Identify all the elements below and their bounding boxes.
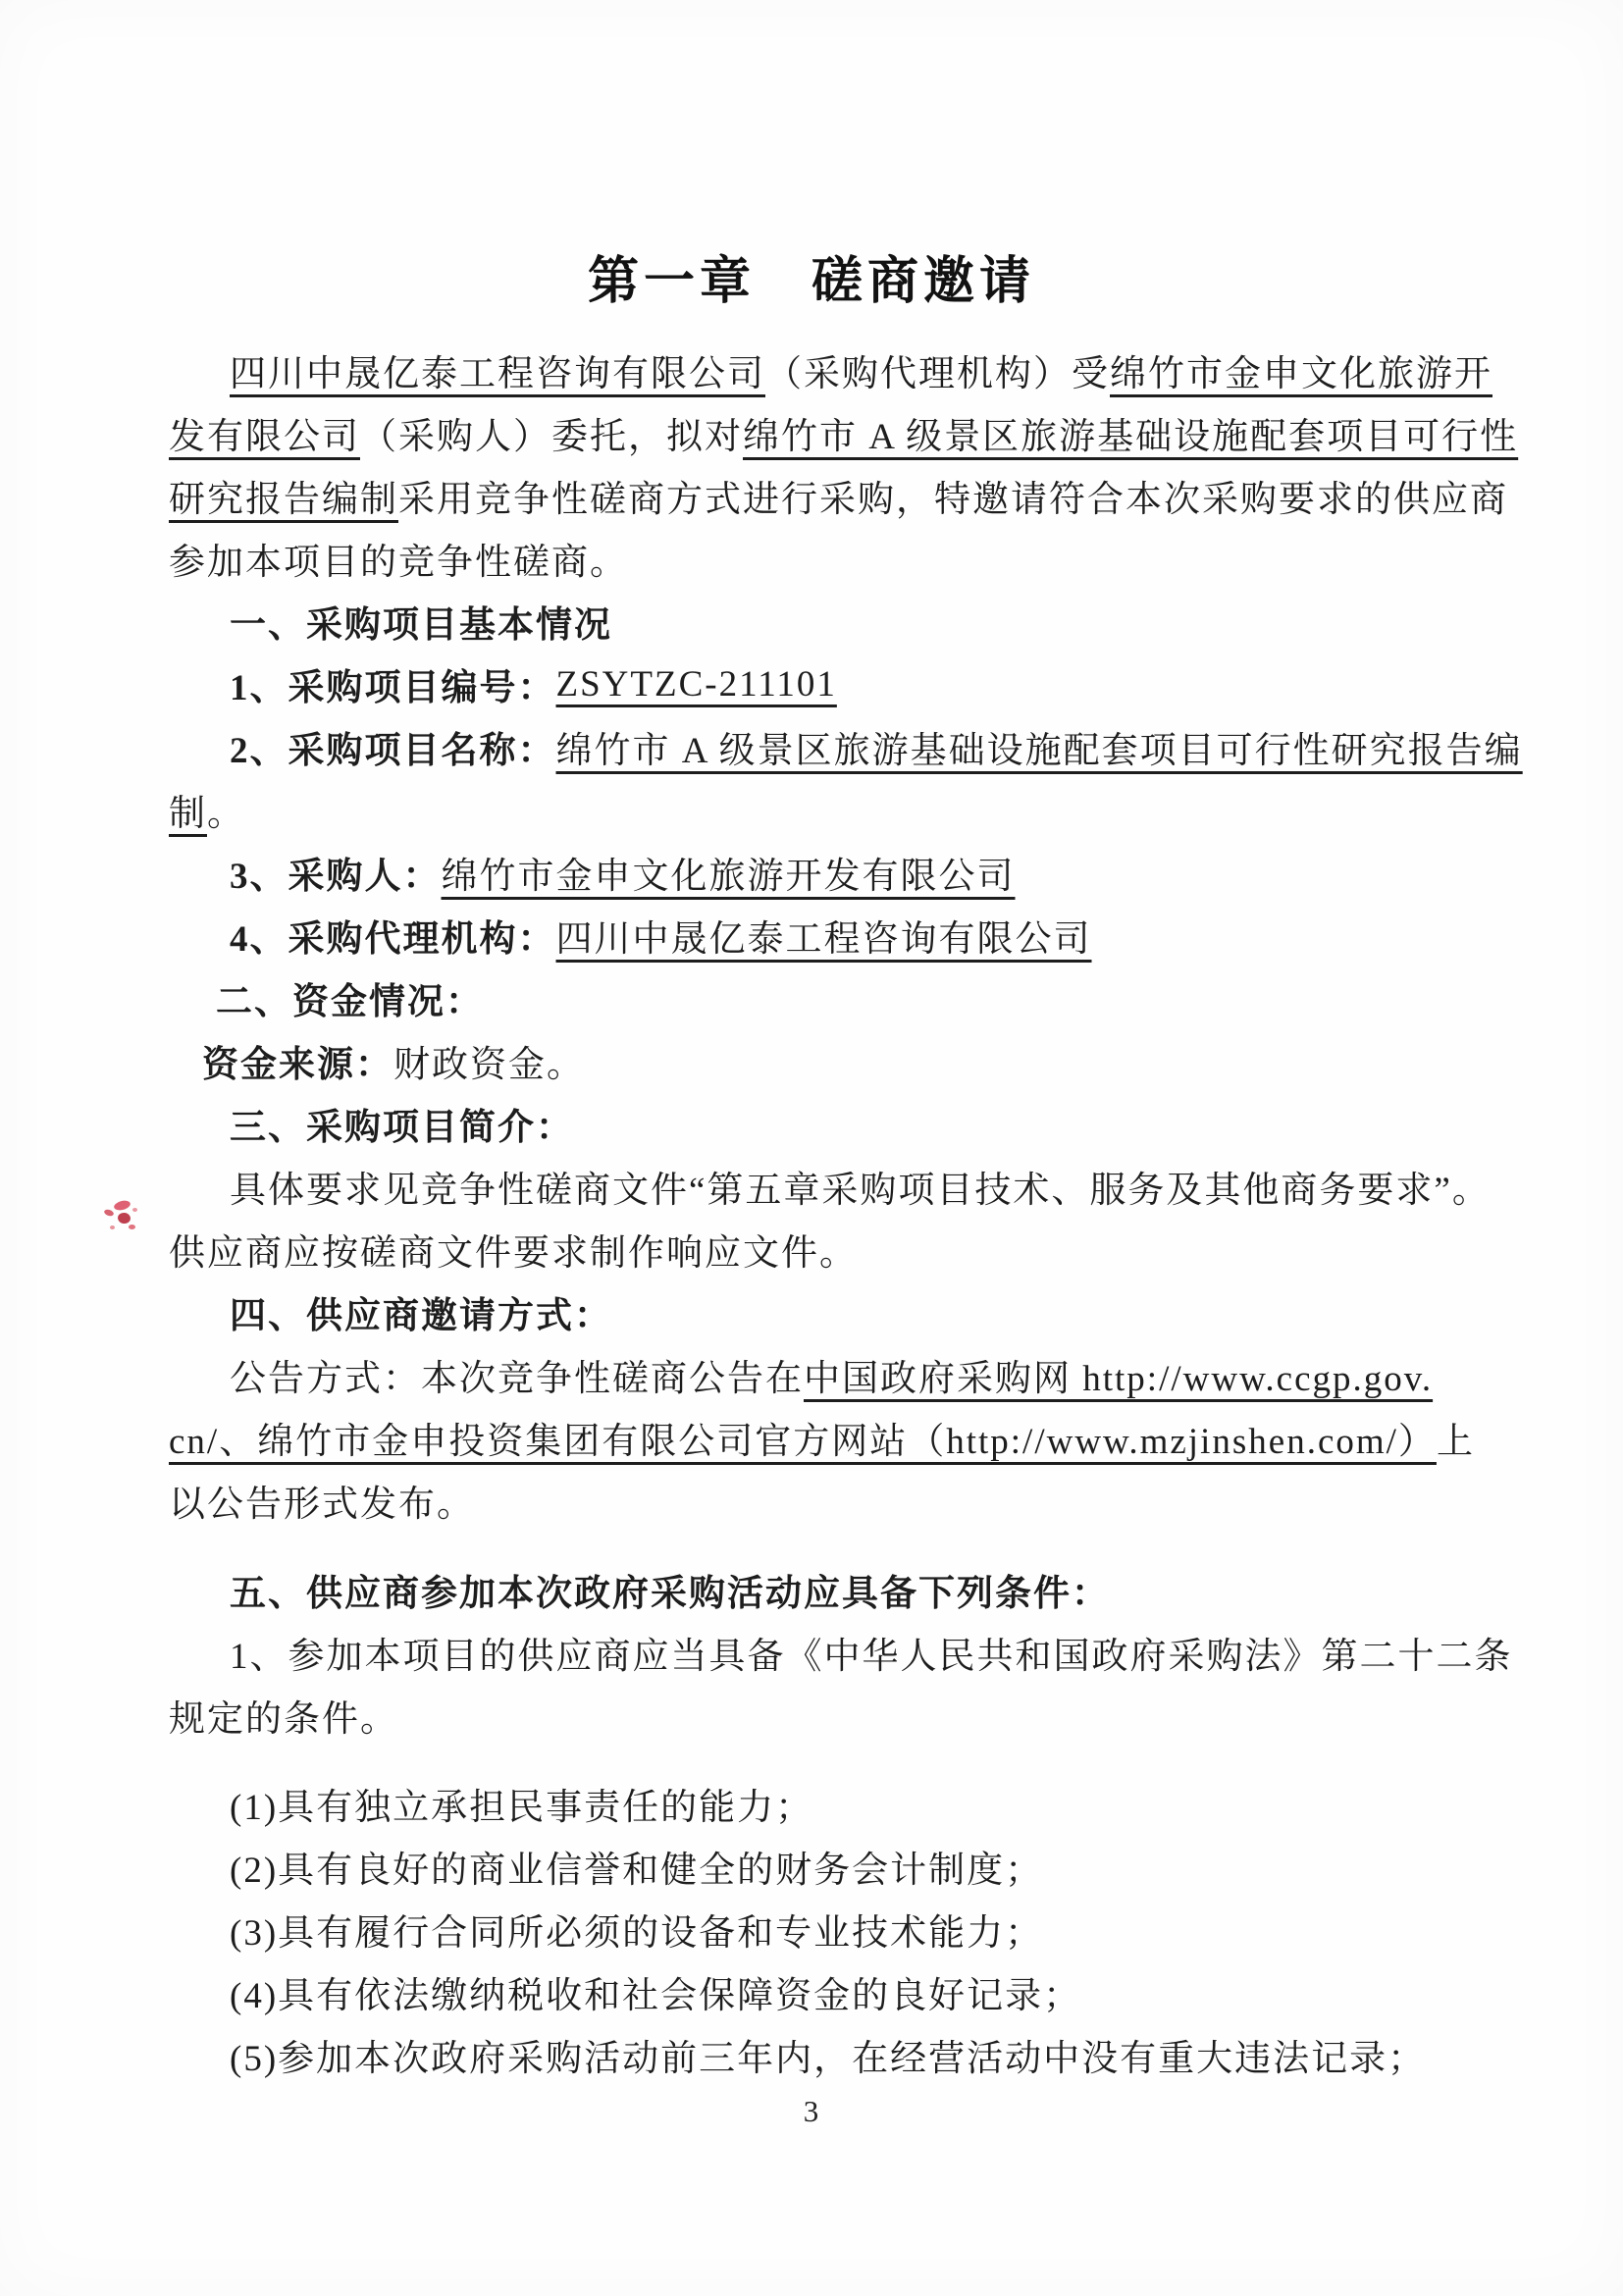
intro-line-4: 参加本项目的竞争性磋商。: [169, 527, 1503, 590]
announcement-line-1: 公告方式：本次竞争性磋商公告在中国政府采购网 http://www.ccgp.g…: [169, 1343, 1503, 1406]
text-segment: 3、采购人：: [230, 846, 442, 899]
text-segment: 采用竞争性磋商方式进行采购，特邀请符合本次采购要求的供应商: [398, 469, 1508, 522]
underlined-text: 四川中晟亿泰工程咨询有限公司: [556, 909, 1092, 962]
section-3-text-line-1: 具体要求见竞争性磋商文件“第五章采购项目技术、服务及其他商务要求”。: [169, 1155, 1503, 1218]
ink-dot: [110, 1226, 115, 1229]
underlined-text: 制: [169, 783, 207, 836]
text-segment: 以公告形式发布。: [169, 1474, 475, 1527]
text-segment: 规定的条件。: [169, 1689, 398, 1742]
text-segment: 2、采购项目名称：: [230, 720, 556, 773]
condition-5: (5)参加本次政府采购活动前三年内，在经营活动中没有重大违法记录；: [169, 2023, 1503, 2086]
condition-intro-line-2: 规定的条件。: [169, 1684, 1503, 1747]
text-segment: (1)具有独立承担民事责任的能力；: [230, 1777, 813, 1830]
text-segment: 四、供应商邀请方式：: [230, 1285, 612, 1338]
text-segment: （采购代理机构）受: [765, 343, 1110, 396]
text-segment: (3)具有履行合同所必须的设备和专业技术能力；: [230, 1903, 1043, 1956]
text-segment: （采购人）委托，拟对: [360, 406, 743, 459]
section-3-heading: 三、采购项目简介：: [169, 1092, 1503, 1155]
text-segment: 。: [207, 783, 245, 836]
text-segment: 资金来源：: [202, 1034, 393, 1087]
condition-1: (1)具有独立承担民事责任的能力；: [169, 1772, 1503, 1835]
underlined-text: cn/、绵竹市金申投资集团有限公司官方网站（http://www.mzjinsh…: [169, 1411, 1437, 1464]
item-project-number: 1、采购项目编号：ZSYTZC-211101: [169, 652, 1503, 715]
underlined-text: 四川中晟亿泰工程咨询有限公司: [230, 343, 765, 396]
text-segment: 1、采购项目编号：: [230, 657, 556, 710]
text-segment: 三、采购项目简介：: [230, 1097, 574, 1150]
ink-dot: [129, 1225, 135, 1229]
ink-dot: [113, 1199, 131, 1212]
underlined-text: ZSYTZC-211101: [556, 663, 837, 705]
text-segment: 1、参加本项目的供应商应当具备《中华人民共和国政府采购法》第二十二条: [230, 1626, 1513, 1679]
intro-line-3: 研究报告编制采用竞争性磋商方式进行采购，特邀请符合本次采购要求的供应商: [169, 464, 1503, 527]
underlined-text: 绵竹市金申文化旅游开发有限公司: [442, 846, 1016, 899]
text-segment: 参加本项目的竞争性磋商。: [169, 532, 628, 585]
item-project-name-line-2: 制。: [169, 778, 1503, 841]
text-segment: 4、采购代理机构：: [230, 909, 556, 962]
underlined-text: 中国政府采购网 http://www.ccgp.gov.: [804, 1348, 1433, 1401]
text-segment: 五、供应商参加本次政府采购活动应具备下列条件：: [230, 1563, 1110, 1616]
announcement-line-2: cn/、绵竹市金申投资集团有限公司官方网站（http://www.mzjinsh…: [169, 1406, 1503, 1469]
section-1-heading: 一、采购项目基本情况: [169, 590, 1503, 652]
section-2-heading: 二、资金情况：: [169, 966, 1503, 1029]
ink-dot: [132, 1208, 137, 1212]
item-purchaser: 3、采购人：绵竹市金申文化旅游开发有限公司: [169, 841, 1503, 904]
condition-4: (4)具有依法缴纳税收和社会保障资金的良好记录；: [169, 1960, 1503, 2023]
underlined-text: 绵竹市 A 级景区旅游基础设施配套项目可行性: [743, 406, 1518, 459]
chapter-title: 第一章 磋商邀请: [0, 239, 1623, 313]
section-4-heading: 四、供应商邀请方式：: [169, 1280, 1503, 1343]
condition-3: (3)具有履行合同所必须的设备和专业技术能力；: [169, 1898, 1503, 1960]
underlined-text: 绵竹市 A 级景区旅游基础设施配套项目可行性研究报告编: [556, 720, 1523, 773]
item-project-name-line-1: 2、采购项目名称：绵竹市 A 级景区旅游基础设施配套项目可行性研究报告编: [169, 715, 1503, 778]
red-ink-smudge: [98, 1195, 143, 1240]
text-segment: 上: [1437, 1411, 1475, 1464]
funding-source: 资金来源：财政资金。: [169, 1029, 1503, 1092]
intro-line-2: 发有限公司（采购人）委托，拟对绵竹市 A 级景区旅游基础设施配套项目可行性: [169, 401, 1503, 464]
text-segment: 公告方式：本次竞争性磋商公告在: [230, 1348, 804, 1401]
text-segment: (2)具有良好的商业信誉和健全的财务会计制度；: [230, 1840, 1043, 1893]
text-segment: 财政资金。: [393, 1034, 585, 1087]
page-number: 3: [0, 2094, 1623, 2129]
text-segment: (4)具有依法缴纳税收和社会保障资金的良好记录；: [230, 1965, 1081, 2018]
scanned-document-page: 第一章 磋商邀请 四川中晟亿泰工程咨询有限公司（采购代理机构）受绵竹市金申文化旅…: [0, 0, 1623, 2296]
condition-intro-line-1: 1、参加本项目的供应商应当具备《中华人民共和国政府采购法》第二十二条: [169, 1621, 1503, 1684]
text-segment: 二、资金情况：: [216, 971, 484, 1024]
section-3-text-line-2: 供应商应按磋商文件要求制作响应文件。: [169, 1218, 1503, 1280]
ink-dot: [117, 1212, 131, 1225]
underlined-text: 绵竹市金申文化旅游开: [1110, 343, 1492, 396]
section-5-heading: 五、供应商参加本次政府采购活动应具备下列条件：: [169, 1558, 1503, 1621]
document-body: 四川中晟亿泰工程咨询有限公司（采购代理机构）受绵竹市金申文化旅游开发有限公司（采…: [169, 339, 1503, 2086]
underlined-text: 发有限公司: [169, 406, 360, 459]
text-segment: 具体要求见竞争性磋商文件“第五章采购项目技术、服务及其他商务要求”。: [230, 1160, 1491, 1213]
ink-dot: [103, 1209, 114, 1218]
underlined-text: 研究报告编制: [169, 469, 398, 522]
condition-2: (2)具有良好的商业信誉和健全的财务会计制度；: [169, 1835, 1503, 1898]
intro-line-1: 四川中晟亿泰工程咨询有限公司（采购代理机构）受绵竹市金申文化旅游开: [169, 339, 1503, 401]
text-segment: 供应商应按磋商文件要求制作响应文件。: [169, 1223, 858, 1276]
item-agency: 4、采购代理机构：四川中晟亿泰工程咨询有限公司: [169, 904, 1503, 966]
text-segment: 一、采购项目基本情况: [230, 595, 612, 648]
text-segment: (5)参加本次政府采购活动前三年内，在经营活动中没有重大违法记录；: [230, 2028, 1426, 2081]
announcement-line-3: 以公告形式发布。: [169, 1469, 1503, 1532]
